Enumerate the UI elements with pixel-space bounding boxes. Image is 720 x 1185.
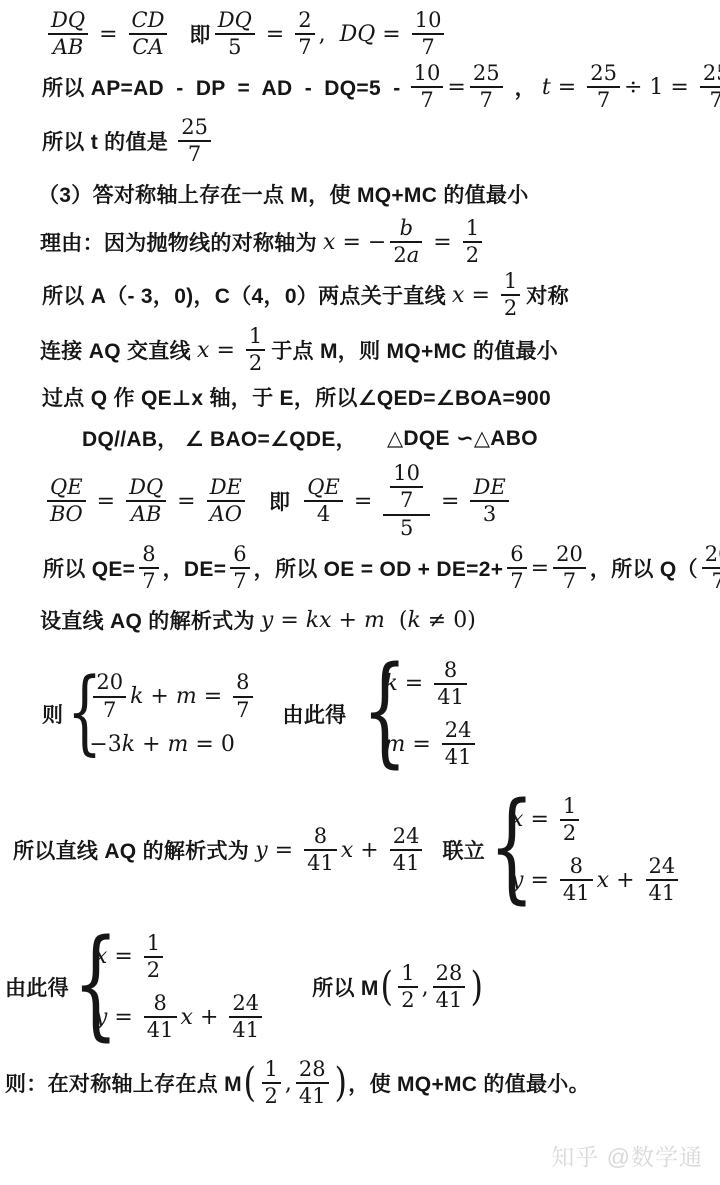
fraction: 257 <box>178 116 211 166</box>
fraction-denominator: BO <box>47 503 86 526</box>
system-rows: x = 12y = 841x + 2441 <box>511 795 682 905</box>
fraction: 841 <box>144 992 177 1042</box>
fraction: 2441 <box>442 719 475 769</box>
math-var: x <box>323 230 335 255</box>
fraction-denominator: 7 <box>507 570 526 593</box>
math-var: y <box>255 838 267 863</box>
math-run: x + <box>181 1005 226 1030</box>
math-run: = <box>92 22 124 47</box>
math-var: B <box>50 503 65 526</box>
math-var: k <box>122 732 135 757</box>
solve-point-m: 由此得{x = 12y = 841x + 2441所以 M(12,2841) <box>5 927 485 1047</box>
fraction: 2841 <box>433 962 466 1012</box>
math-var: E <box>490 476 505 499</box>
system-row: y = 841x + 2441 <box>511 855 682 905</box>
line-aq-result: 所以直线 AQ 的解析式为 y = 841x + 2441联立{x = 12y … <box>13 792 682 908</box>
text-run: 所以直线 AQ 的解析式为 <box>13 835 255 865</box>
math-var: Q <box>307 476 324 499</box>
math-var: x <box>181 1005 193 1030</box>
math-run: t = <box>542 75 583 100</box>
math-var: x <box>341 838 353 863</box>
fraction-denominator: 41 <box>144 1019 177 1042</box>
fraction: 257 <box>470 62 503 112</box>
watermark: 知乎 @数学通 <box>551 1139 703 1172</box>
similar-triangles: DQ//AB， ∠ BAO=∠QDE，△DQE ∽△ABO <box>82 425 538 451</box>
fraction: 2841 <box>296 1058 329 1108</box>
text-run: ，所以 Q（ <box>590 553 698 583</box>
fraction-numerator: 28 <box>433 962 466 985</box>
math-var: D <box>340 22 358 47</box>
math-var: Q <box>68 9 85 32</box>
math-var: A <box>53 36 68 59</box>
math-var: A <box>131 503 146 526</box>
system-row: −3k + m = 0 <box>89 732 235 757</box>
fraction-numerator: DQ <box>215 9 255 32</box>
math-var: x <box>197 338 209 363</box>
fraction-numerator: 1 <box>144 932 163 955</box>
part3-statement: （3）答对称轴上存在一点 M，使 MQ+MC 的值最小 <box>38 180 529 208</box>
math-var: E <box>67 476 82 499</box>
line-aq-setup: 设直线 AQ 的解析式为 y = kx + m (k ≠ 0) <box>40 605 476 635</box>
fraction-numerator: 24 <box>646 855 679 878</box>
fraction-numerator: 24 <box>390 825 423 848</box>
fraction-numerator: 2 <box>295 9 314 32</box>
fraction-denominator: 2 <box>398 989 417 1012</box>
text-run: ，使 MQ+MC 的值最小。 <box>348 1068 590 1098</box>
fraction: 1075 <box>383 462 430 539</box>
math-run: = <box>447 75 465 100</box>
left-brace-icon: { <box>489 788 534 907</box>
fraction-numerator: 1 <box>560 795 579 818</box>
fraction-denominator: 7 <box>185 143 204 166</box>
fraction: DEAO <box>207 476 245 526</box>
ratio-equation: QEBO = DQAB = DEAO即QE4 = 1075 = DE3 <box>43 457 513 545</box>
left-brace-icon: { <box>73 925 118 1044</box>
fraction: 2441 <box>646 855 679 905</box>
fraction-numerator: 24 <box>229 992 262 1015</box>
fraction: QE4 <box>304 476 343 526</box>
fraction-denominator: 4 <box>314 503 333 526</box>
fraction: 67 <box>230 543 249 593</box>
system-solve: 则{207k + m = 87−3k + m = 0由此得{k = 841m =… <box>42 654 479 774</box>
fraction-numerator: QE <box>47 476 86 499</box>
fraction: 207 <box>702 543 720 593</box>
fraction-denominator: 41 <box>442 746 475 769</box>
fraction: 207 <box>553 543 586 593</box>
math-run: = <box>434 489 466 514</box>
math-var: m <box>168 732 189 757</box>
axis-of-symmetry: 理由：因为抛物线的对称轴为 x = −b2a = 12 <box>40 213 486 271</box>
fraction: 12 <box>501 270 520 320</box>
fraction-numerator: 20 <box>702 543 720 566</box>
fraction-numerator: 8 <box>139 543 158 566</box>
fraction: CDCA <box>129 9 168 59</box>
math-var: x <box>452 283 464 308</box>
math-run: y = kx + m (k ≠ 0) <box>261 608 476 633</box>
math-var: E <box>325 476 340 499</box>
fraction: DQ5 <box>215 9 255 59</box>
fraction-numerator: 1 <box>246 325 265 348</box>
math-var: B <box>146 503 161 526</box>
math-var: B <box>68 36 83 59</box>
math-var: m <box>364 608 385 633</box>
spacer <box>257 714 283 715</box>
math-var: D <box>210 476 227 499</box>
text-run: 所以 AP=AD - DP = AD - DQ=5 - <box>42 72 407 102</box>
text-run: 对称 <box>526 280 569 310</box>
text-run: 过点 Q 作 QE⊥x 轴，于 E，所以∠QED=∠BOA=900 <box>42 382 551 412</box>
text-run: 即 <box>189 19 210 49</box>
fraction: 841 <box>304 825 337 875</box>
math-run: , <box>285 1071 292 1096</box>
text-run: 设直线 AQ 的解析式为 <box>40 605 261 635</box>
spacer <box>266 987 312 988</box>
fraction-denominator: 7 <box>397 489 416 512</box>
fraction-denominator: 7 <box>417 89 436 112</box>
fraction: 12 <box>398 962 417 1012</box>
fraction: 12 <box>144 932 163 982</box>
t-value: 所以 t 的值是 257 <box>42 115 215 167</box>
fraction: 107 <box>412 9 445 59</box>
equation-system: {x = 12y = 841x + 2441 <box>73 932 266 1042</box>
equation-dq-ratio: DQAB = CDCA即DQ5 = 27, DQ = 107 <box>44 8 448 60</box>
math-var: A <box>148 36 163 59</box>
fraction-numerator: QE <box>304 476 343 499</box>
fraction: 12 <box>560 795 579 845</box>
fraction-denominator: 2 <box>463 244 482 267</box>
conclusion: 则：在对称轴上存在点 M(12,2841)，使 MQ+MC 的值最小。 <box>5 1055 590 1111</box>
math-run: DQ = <box>340 22 408 47</box>
fraction-numerator: 6 <box>230 543 249 566</box>
fraction: 107 <box>411 62 444 112</box>
fraction-denominator: 2 <box>144 959 163 982</box>
fraction: DQAB <box>126 476 166 526</box>
fraction-denominator: AO <box>207 503 245 526</box>
text-run: 即 <box>269 486 290 516</box>
equation-system: {k = 841m = 2441 <box>362 659 478 769</box>
spacer <box>357 438 387 439</box>
system-rows: x = 12y = 841x + 2441 <box>95 932 266 1042</box>
fraction-denominator: 2 <box>246 352 265 375</box>
fraction-denominator: 7 <box>139 570 158 593</box>
math-var: t <box>542 75 551 100</box>
spacer <box>346 714 358 715</box>
fraction-numerator: 10 <box>412 9 445 32</box>
fraction-denominator: 7 <box>100 699 119 722</box>
qe-de-oe-values: 所以 QE=87，DE=67，所以 OE = OD + DE=2+67=207，… <box>43 542 720 594</box>
big-paren: ( <box>243 1063 255 1103</box>
fraction-denominator: 7 <box>418 36 437 59</box>
math-run: x + <box>597 868 642 893</box>
fraction-denominator: 41 <box>646 882 679 905</box>
math-var: y <box>261 608 273 633</box>
fraction-denominator: 7 <box>594 89 613 112</box>
math-var: k <box>407 608 420 633</box>
perpendicular-construction: 过点 Q 作 QE⊥x 轴，于 E，所以∠QED=∠BOA=900 <box>42 383 551 411</box>
math-var: k <box>306 608 319 633</box>
math-run: y = <box>255 838 300 863</box>
fraction-numerator: 8 <box>441 659 460 682</box>
math-var: D <box>51 9 68 32</box>
math-run: k + m = <box>130 684 229 709</box>
fraction-denominator: 5 <box>225 36 244 59</box>
fraction: 27 <box>295 9 314 59</box>
spacer <box>507 87 515 88</box>
math-run: = <box>90 489 122 514</box>
fraction-numerator: 1 <box>501 270 520 293</box>
spacer <box>290 501 300 502</box>
fraction-numerator: 1 <box>463 217 482 240</box>
document: DQAB = CDCA即DQ5 = 27, DQ = 107所以 AP=AD -… <box>0 0 720 1185</box>
text-run: △DQE ∽△ABO <box>387 426 538 451</box>
fraction-numerator: 25 <box>470 62 503 85</box>
fraction: 12 <box>246 325 265 375</box>
fraction-denominator: 2 <box>560 822 579 845</box>
fraction-numerator: DE <box>207 476 245 499</box>
math-run: −3k + m = 0 <box>89 732 235 757</box>
fraction-denominator: 7 <box>477 89 496 112</box>
fraction-numerator: DQ <box>48 9 88 32</box>
system-row: y = 841x + 2441 <box>95 992 266 1042</box>
math-var: D <box>129 476 146 499</box>
fraction-numerator: DE <box>470 476 508 499</box>
text-run: 所以 t 的值是 <box>42 126 174 156</box>
math-var: a <box>407 244 420 267</box>
fraction-denominator: AB <box>128 503 165 526</box>
fraction: 107 <box>390 462 423 512</box>
fraction-denominator: 41 <box>433 989 466 1012</box>
text-run: （3）答对称轴上存在一点 M，使 MQ+MC 的值最小 <box>38 179 529 209</box>
fraction: 257 <box>700 62 720 112</box>
fraction-denominator: 41 <box>560 882 593 905</box>
text-run: 连接 AQ 交直线 <box>40 335 197 365</box>
fraction-numerator: 25 <box>178 116 211 139</box>
fraction-numerator: CD <box>129 9 168 32</box>
symmetry-points: 所以 A（- 3，0)，C（4，0）两点关于直线 x = 12对称 <box>42 270 569 320</box>
fraction-denominator: CA <box>129 36 166 59</box>
math-var: A <box>210 503 225 526</box>
fraction-denominator: 41 <box>229 1019 262 1042</box>
math-run: = <box>347 489 379 514</box>
math-run: = <box>170 489 202 514</box>
text-run: ，所以 OE = OD + DE=2+ <box>254 553 504 583</box>
equation-system: {x = 12y = 841x + 2441 <box>489 795 682 905</box>
fraction-numerator: 8 <box>233 671 252 694</box>
fraction: 841 <box>560 855 593 905</box>
fraction-denominator: 7 <box>560 570 579 593</box>
math-run: x = − <box>323 230 386 255</box>
fraction-denominator: 41 <box>304 852 337 875</box>
system-row: 207k + m = 87 <box>89 671 256 721</box>
text-run: 所以 QE= <box>43 553 135 583</box>
spacer <box>171 34 189 35</box>
spacer <box>426 850 442 851</box>
fraction: 841 <box>434 659 467 709</box>
fraction-denominator: 7 <box>233 699 252 722</box>
big-paren: ) <box>471 967 483 1007</box>
fraction-denominator: 5 <box>397 517 416 540</box>
fraction: 2441 <box>229 992 262 1042</box>
text-run: 则 <box>42 699 63 729</box>
fraction: 257 <box>587 62 620 112</box>
fraction-denominator: 2 <box>262 1085 281 1108</box>
math-var: x <box>597 868 609 893</box>
math-var: E <box>227 476 242 499</box>
fraction-numerator: 25 <box>700 62 720 85</box>
math-var: Q <box>50 476 67 499</box>
text-run: ，DE= <box>163 553 227 583</box>
math-var: k <box>130 684 143 709</box>
equation-system: {207k + m = 87−3k + m = 0 <box>67 671 256 756</box>
fraction-denominator: 41 <box>434 686 467 709</box>
fraction-denominator: 2a <box>390 244 422 267</box>
text-run: 联立 <box>442 835 485 865</box>
math-var: O <box>65 503 82 526</box>
big-paren: ) <box>334 1063 346 1103</box>
math-var: D <box>148 9 165 32</box>
spacer <box>249 501 269 502</box>
fraction-numerator: 8 <box>311 825 330 848</box>
math-run: x = <box>197 338 242 363</box>
fraction-denominator: 3 <box>480 503 499 526</box>
ap-calculation: 所以 AP=AD - DP = AD - DQ=5 - 107=257，t = … <box>42 62 720 112</box>
fraction-numerator: 28 <box>296 1058 329 1081</box>
big-paren: ( <box>380 967 392 1007</box>
text-run: 则：在对称轴上存在点 M <box>5 1068 242 1098</box>
fraction: b2a <box>390 217 422 267</box>
fraction-numerator: DQ <box>126 476 166 499</box>
connect-aq: 连接 AQ 交直线 x = 12于点 M，则 MQ+MC 的值最小 <box>40 323 558 377</box>
fraction-numerator: 24 <box>442 719 475 742</box>
math-var: Q <box>235 9 252 32</box>
text-run: 由此得 <box>283 699 347 729</box>
fraction: QEBO <box>47 476 86 526</box>
fraction-denominator: 41 <box>296 1085 329 1108</box>
math-var: b <box>400 217 413 240</box>
math-var: C <box>132 9 148 32</box>
math-run: , <box>422 975 429 1000</box>
text-run: 理由：因为抛物线的对称轴为 <box>40 227 323 257</box>
fraction-denominator: 7 <box>708 570 720 593</box>
text-run: DQ//AB， ∠ BAO=∠QDE， <box>82 423 357 453</box>
fraction-numerator: 10 <box>411 62 444 85</box>
fraction-denominator: 7 <box>295 36 314 59</box>
fraction-denominator: 7 <box>230 570 249 593</box>
math-var: D <box>218 9 235 32</box>
fraction: 67 <box>507 543 526 593</box>
fraction: 87 <box>139 543 158 593</box>
math-run: , <box>319 22 340 47</box>
fraction-numerator: 1 <box>398 962 417 985</box>
math-var: x <box>319 608 331 633</box>
text-run: ， <box>515 72 536 102</box>
left-brace-icon: { <box>362 652 407 771</box>
fraction-denominator: 7 <box>707 89 720 112</box>
fraction-denominator: 41 <box>390 852 423 875</box>
fraction-denominator: AB <box>50 36 87 59</box>
system-rows: 207k + m = 87−3k + m = 0 <box>89 671 256 756</box>
math-run: x + <box>341 838 386 863</box>
text-run: 由此得 <box>5 972 69 1002</box>
math-var: Q <box>146 476 163 499</box>
fraction-numerator: 10 <box>390 462 423 485</box>
fraction: 12 <box>262 1058 281 1108</box>
fraction-numerator: 6 <box>507 543 526 566</box>
math-var: Q <box>357 22 375 47</box>
fraction: 12 <box>463 217 482 267</box>
fraction-numerator: 8 <box>150 992 169 1015</box>
text-run: 所以 A（- 3，0)，C（4，0）两点关于直线 <box>42 280 452 310</box>
fraction: 87 <box>233 671 252 721</box>
fraction-numerator: 20 <box>553 543 586 566</box>
math-var: O <box>225 503 242 526</box>
fraction-numerator: 1 <box>262 1058 281 1081</box>
math-var: m <box>176 684 197 709</box>
left-brace-icon: { <box>67 666 102 758</box>
math-var: C <box>132 36 148 59</box>
text-run: 所以 M <box>312 972 379 1002</box>
text-run: 于点 M，则 MQ+MC 的值最小 <box>271 335 558 365</box>
math-run: = <box>531 556 549 581</box>
math-run: = <box>426 230 458 255</box>
fraction: 2441 <box>390 825 423 875</box>
fraction-numerator: 107 <box>383 462 430 512</box>
math-var: D <box>473 476 490 499</box>
math-run: = <box>259 22 291 47</box>
fraction-numerator: 8 <box>567 855 586 878</box>
fraction-denominator: 2 <box>501 297 520 320</box>
fraction-numerator: 25 <box>587 62 620 85</box>
fraction-numerator: b <box>397 217 416 240</box>
math-run: x = <box>452 283 497 308</box>
fraction: DE3 <box>470 476 508 526</box>
math-run: ÷ 1 = <box>624 75 696 100</box>
fraction: DQAB <box>48 9 88 59</box>
